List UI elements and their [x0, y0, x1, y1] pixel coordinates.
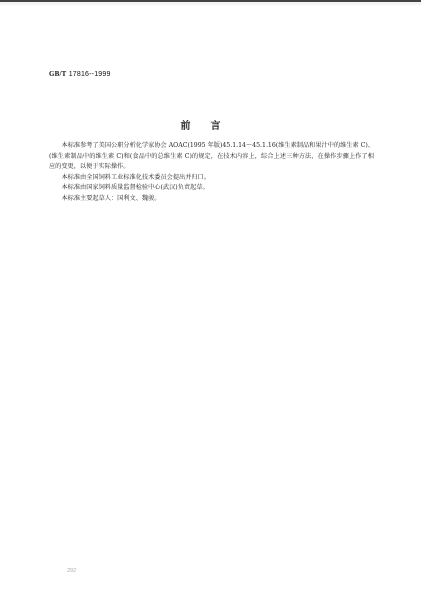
standard-code: GB/T 17816--1999	[49, 70, 111, 78]
scan-top-shadow	[0, 2, 421, 5]
page-number: 292	[67, 568, 76, 574]
standard-code-prefix: GB/T	[49, 70, 67, 78]
foreword-body: 本标准参考了美国公职分析化学家协会 AOAC(1995 年版)45.1.14～4…	[49, 141, 374, 204]
paragraph-authors: 本标准主要起草人：国利文、魏骏。	[49, 194, 374, 205]
standard-code-number: 17816--1999	[69, 71, 111, 78]
page-title: 前言	[0, 117, 421, 132]
paragraph-drafter: 本标准由国家饲料质量监督检验中心(武汉)负责起草。	[49, 183, 374, 194]
paragraph-proposer: 本标准由全国饲料工业标准化技术委员会提出并归口。	[49, 173, 374, 184]
paragraph-reference: 本标准参考了美国公职分析化学家协会 AOAC(1995 年版)45.1.14～4…	[49, 141, 374, 173]
